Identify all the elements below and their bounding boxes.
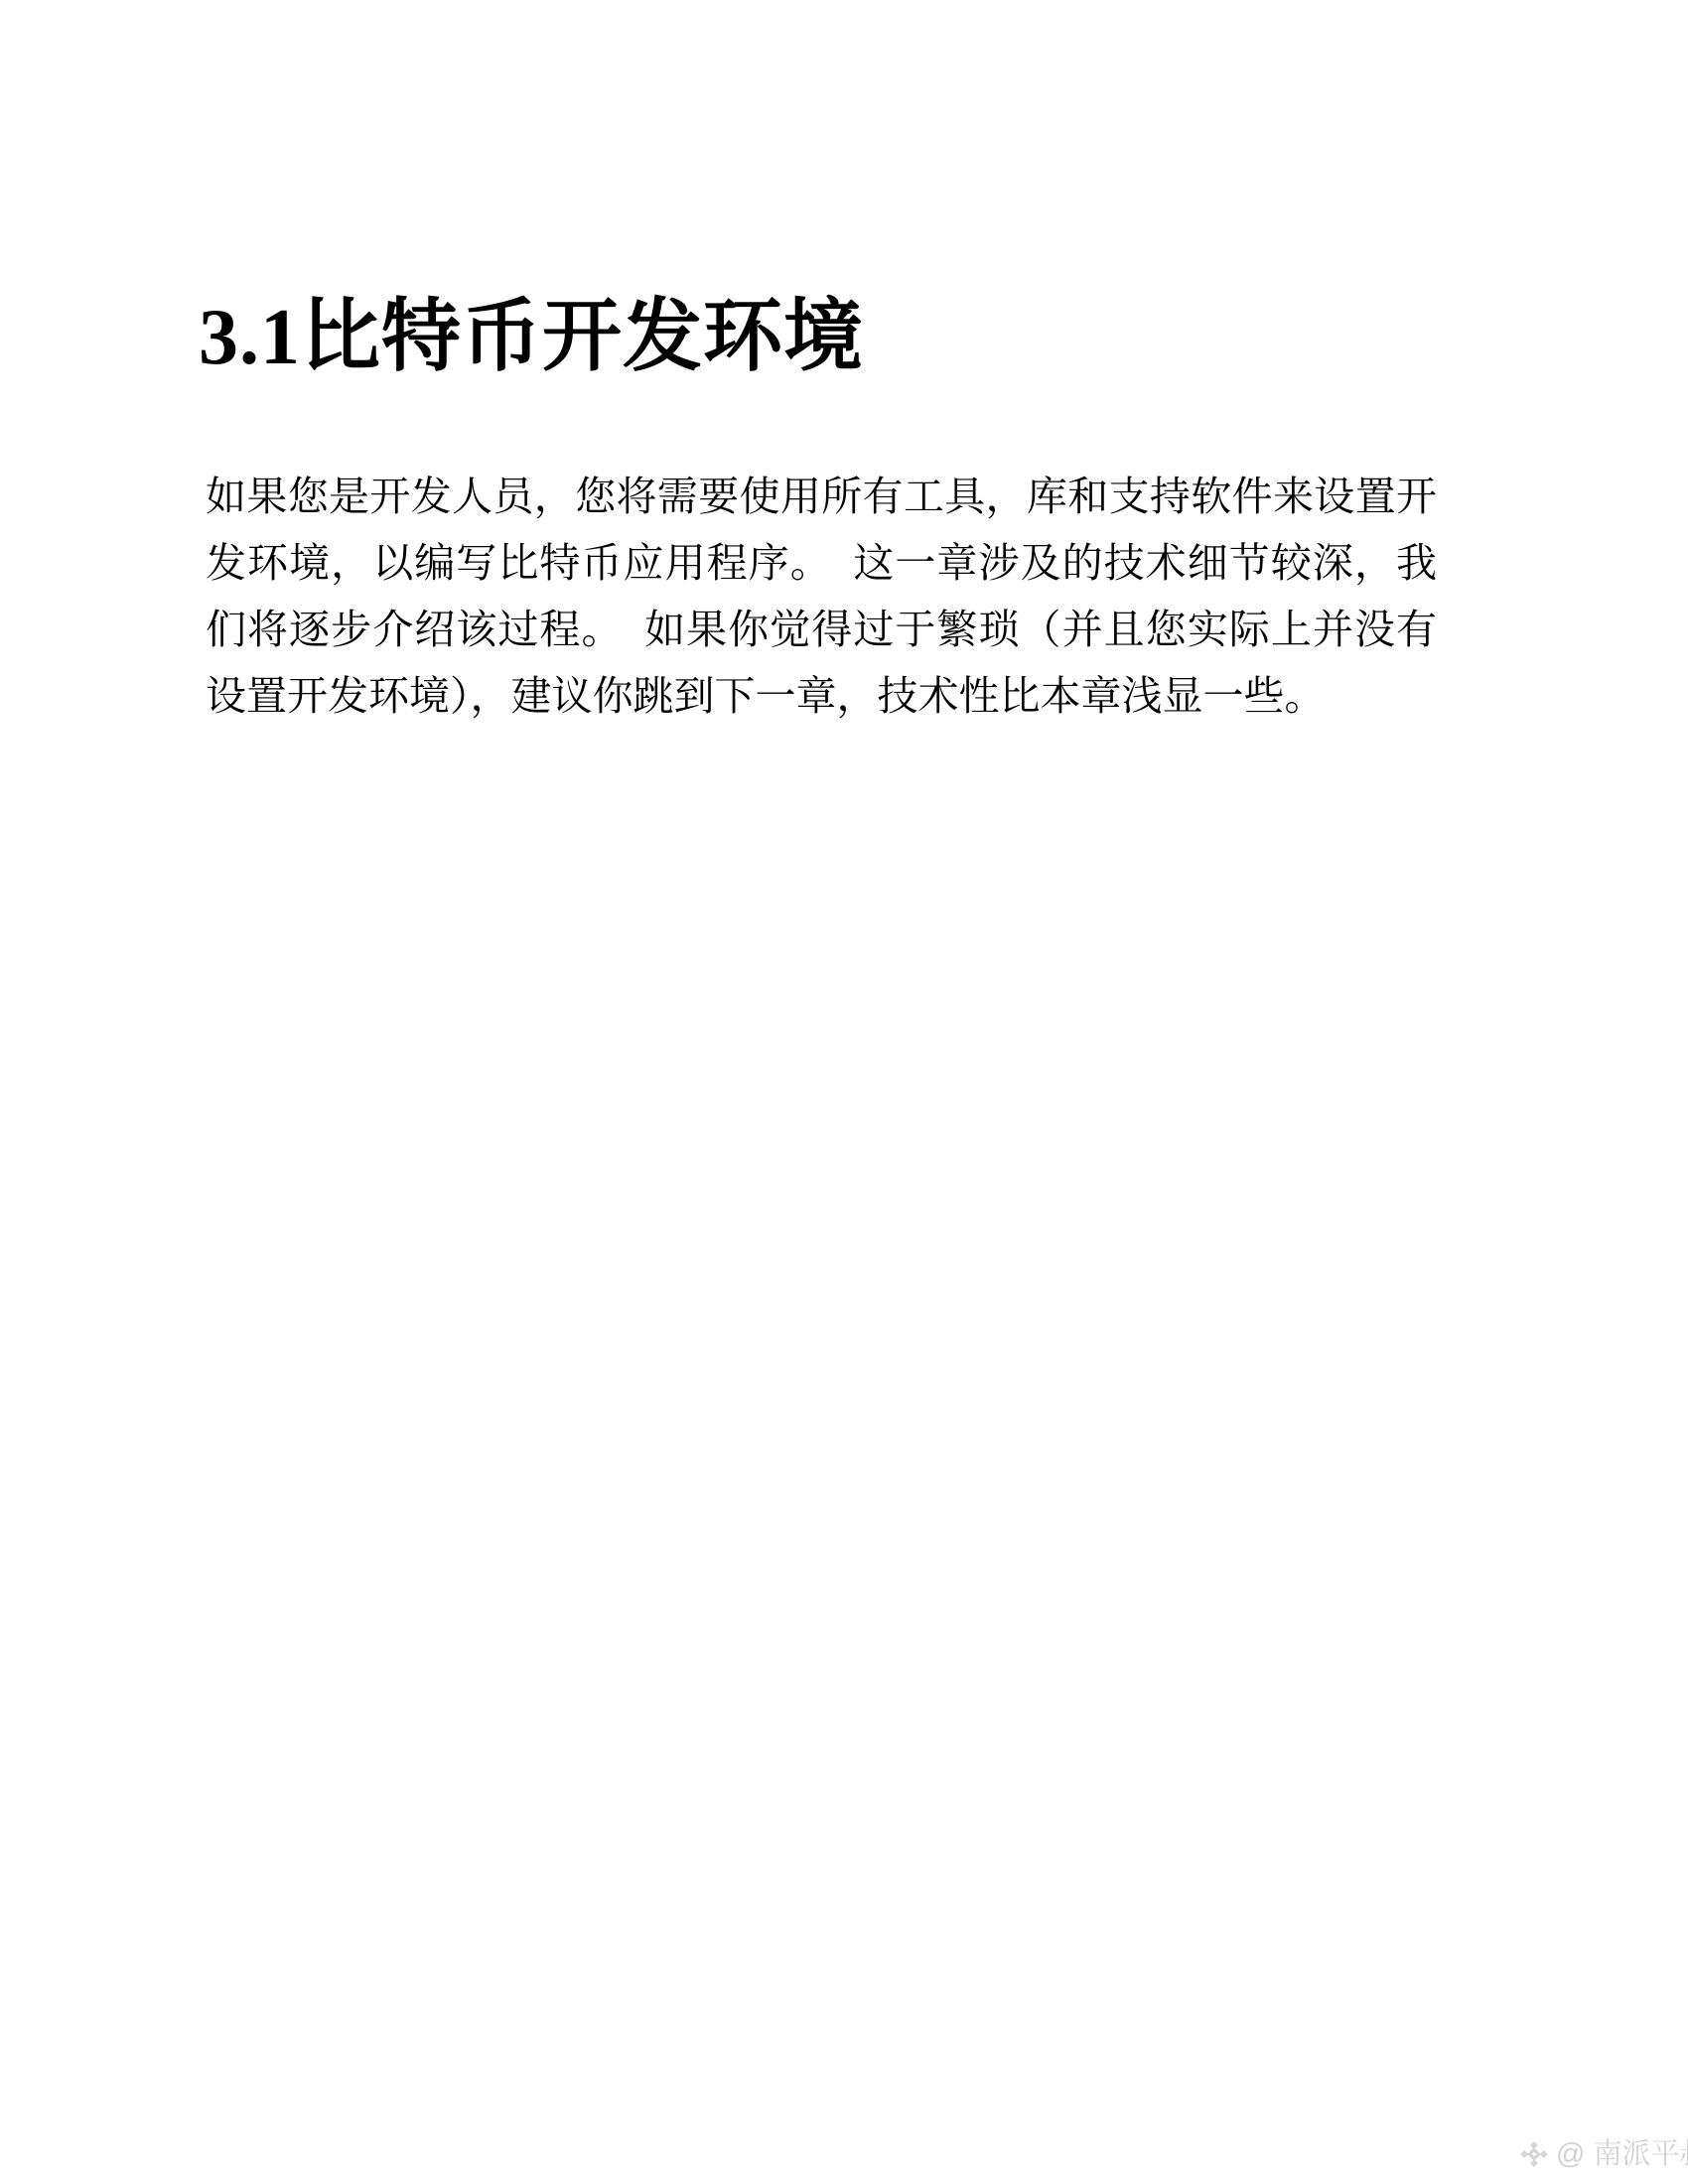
body-paragraph: 如果您是开发人员，您将需要使用所有工具，库和支持软件来设置开发环境，以编写比特币…	[206, 464, 1437, 730]
document-page: 3.1比特币开发环境 如果您是开发人员，您将需要使用所有工具，库和支持软件来设置…	[0, 0, 1688, 2184]
binance-logo-icon	[1519, 2139, 1549, 2169]
section-heading: 3.1比特币开发环境	[199, 288, 864, 387]
watermark-text: @ 南派平叔	[1556, 2137, 1688, 2171]
watermark: @ 南派平叔	[1519, 2137, 1688, 2171]
